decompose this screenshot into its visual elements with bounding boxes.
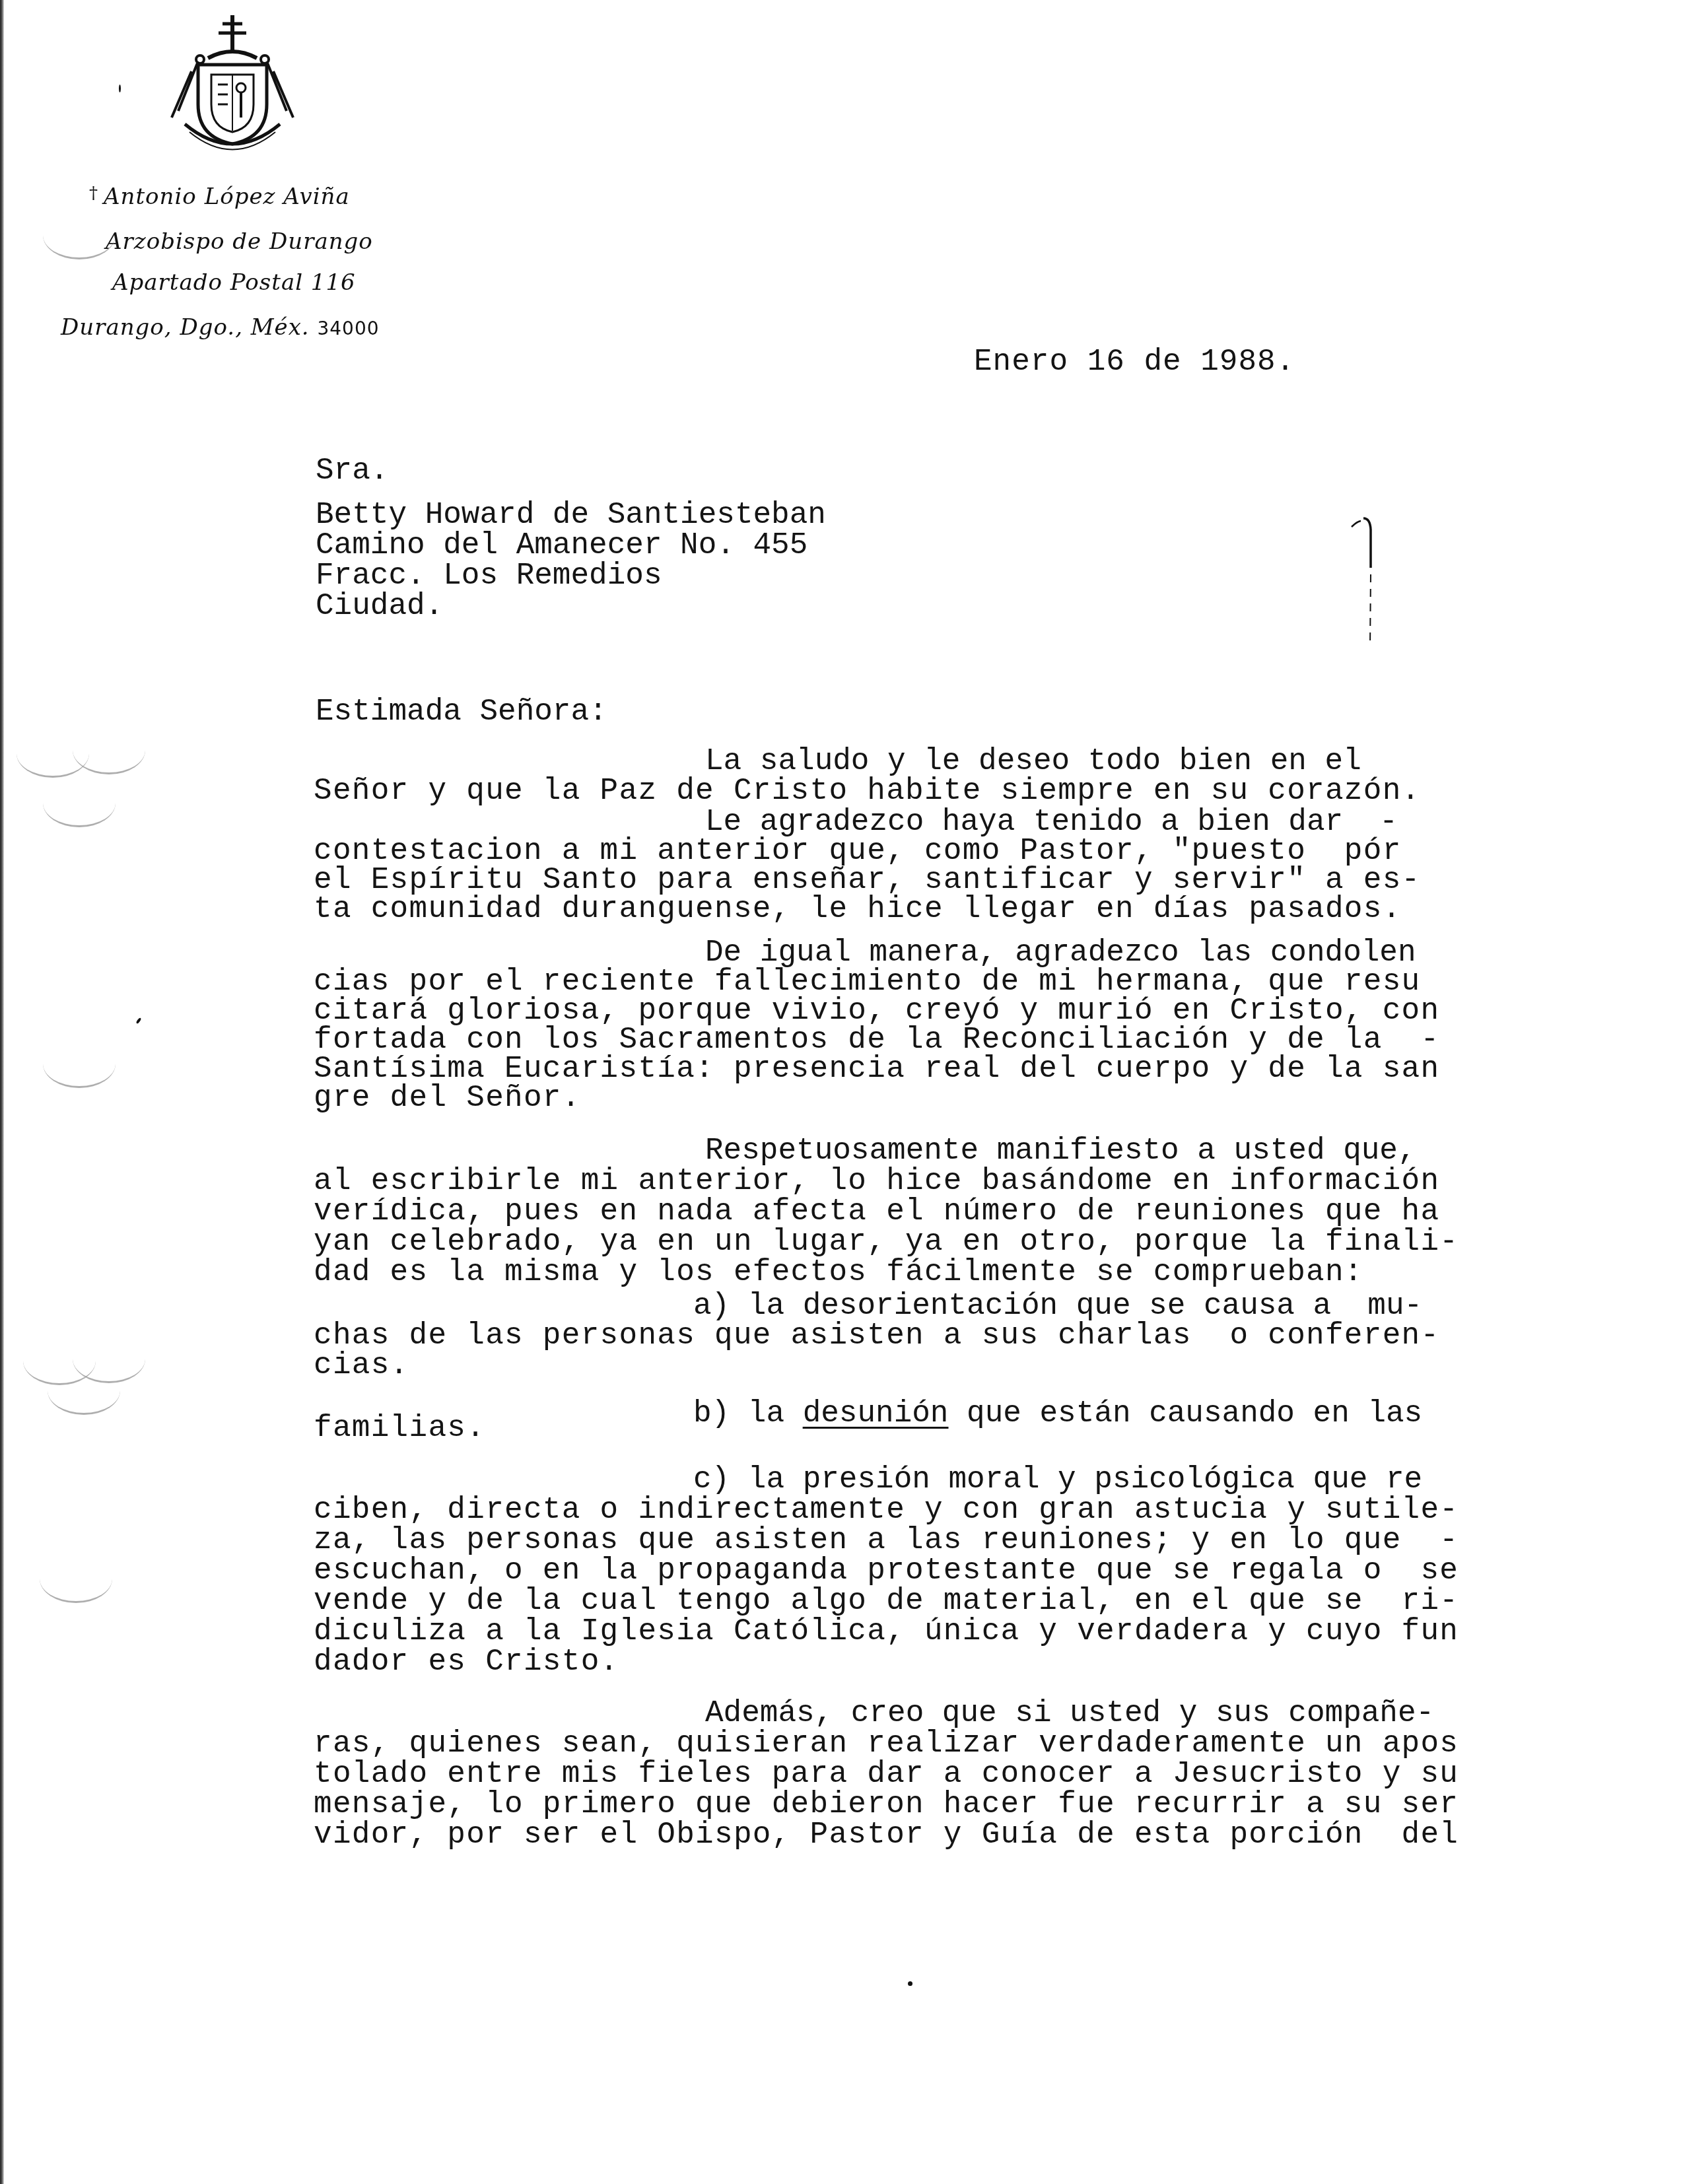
letter-page: †Antonio López Aviña Arzobispo de Durang… bbox=[0, 0, 1685, 2184]
body-line: vende y de la cual tengo algo de materia… bbox=[314, 1586, 1459, 1616]
handwritten-bracket-mark-icon bbox=[1349, 515, 1375, 647]
body-line: mensaje, lo primero que debieron hacer f… bbox=[314, 1789, 1459, 1820]
body-line: za, las personas que asisten a las reuni… bbox=[314, 1525, 1459, 1555]
body-line: Santísima Eucaristía: presencia real del… bbox=[314, 1054, 1439, 1084]
body-line: contestacion a mi anterior que, como Pas… bbox=[314, 836, 1402, 866]
body-line: chas de las personas que asisten a sus c… bbox=[314, 1320, 1439, 1351]
body-line: citará gloriosa, porque vivio, creyó y m… bbox=[314, 996, 1439, 1026]
body-line: dad es la misma y los efectos fácilmente… bbox=[314, 1257, 1363, 1287]
body-line: verídica, pues en nada afecta el número … bbox=[314, 1196, 1439, 1227]
body-line: ta comunidad duranguense, le hice llegar… bbox=[314, 894, 1402, 924]
coat-of-arms-icon bbox=[162, 12, 304, 154]
body-line: La saludo y le deseo todo bien en el bbox=[705, 746, 1361, 776]
letterhead-name: †Antonio López Aviña bbox=[89, 184, 350, 210]
scan-edge bbox=[0, 0, 4, 2184]
letter-date: Enero 16 de 1988. bbox=[974, 347, 1295, 377]
list-item-b: b) la desunión que están causando en las bbox=[693, 1398, 1422, 1429]
body-line: De igual manera, agradezco las condolen bbox=[705, 938, 1416, 968]
ink-speck bbox=[908, 1981, 912, 1986]
body-line: Respetuosamente manifiesto a usted que, bbox=[705, 1136, 1416, 1166]
body-line: vidor, por ser el Obispo, Pastor y Guía … bbox=[314, 1820, 1459, 1850]
body-line: diculiza a la Iglesia Católica, única y … bbox=[314, 1616, 1459, 1647]
cross-icon: † bbox=[89, 184, 98, 203]
body-line: familias. bbox=[314, 1413, 485, 1443]
body-line: ras, quienes sean, quisieran realizar ve… bbox=[314, 1728, 1459, 1759]
body-line: tolado entre mis fieles para dar a conoc… bbox=[314, 1759, 1459, 1789]
recipient-line: Camino del Amanecer No. 455 bbox=[316, 530, 808, 561]
underlined-word: desunión bbox=[803, 1396, 949, 1431]
body-line: yan celebrado, ya en un lugar, ya en otr… bbox=[314, 1227, 1459, 1257]
recipient-line: Betty Howard de Santiesteban bbox=[316, 500, 826, 530]
recipient-line: Sra. bbox=[316, 456, 388, 486]
ink-speck bbox=[135, 1017, 141, 1024]
body-line: fortada con los Sacramentos de la Reconc… bbox=[314, 1025, 1439, 1055]
salutation: Estimada Señora: bbox=[316, 697, 607, 727]
body-line: cias. bbox=[314, 1350, 409, 1381]
body-line: el Espíritu Santo para enseñar, santific… bbox=[314, 865, 1420, 895]
body-line: gre del Señor. bbox=[314, 1083, 581, 1113]
body-line: escuchan, o en la propaganda protestante… bbox=[314, 1555, 1459, 1586]
list-item-c: c) la presión moral y psicológica que re bbox=[693, 1464, 1422, 1495]
ink-speck bbox=[119, 85, 121, 92]
body-line: Además, creo que si usted y sus compañe- bbox=[705, 1698, 1434, 1728]
body-line: ciben, directa o indirectamente y con gr… bbox=[314, 1495, 1459, 1525]
letterhead-postal: Apartado Postal 116 bbox=[112, 269, 356, 296]
recipient-line: Ciudad. bbox=[316, 591, 443, 621]
body-line: Le agradezco haya tenido a bien dar - bbox=[705, 807, 1398, 837]
letterhead-title: Arzobispo de Durango bbox=[106, 228, 373, 255]
body-line: dador es Cristo. bbox=[314, 1647, 619, 1677]
recipient-line: Fracc. Los Remedios bbox=[316, 561, 662, 591]
body-line: cias por el reciente fallecimiento de mi… bbox=[314, 967, 1420, 997]
body-line: al escribirle mi anterior, lo hice basán… bbox=[314, 1166, 1439, 1196]
letterhead-zip: 34000 bbox=[317, 318, 379, 339]
body-line: Señor y que la Paz de Cristo habite siem… bbox=[314, 776, 1420, 806]
letterhead-city: Durango, Dgo., Méx. 34000 bbox=[61, 314, 380, 341]
list-item-a: a) la desorientación que se causa a mu- bbox=[693, 1291, 1422, 1321]
